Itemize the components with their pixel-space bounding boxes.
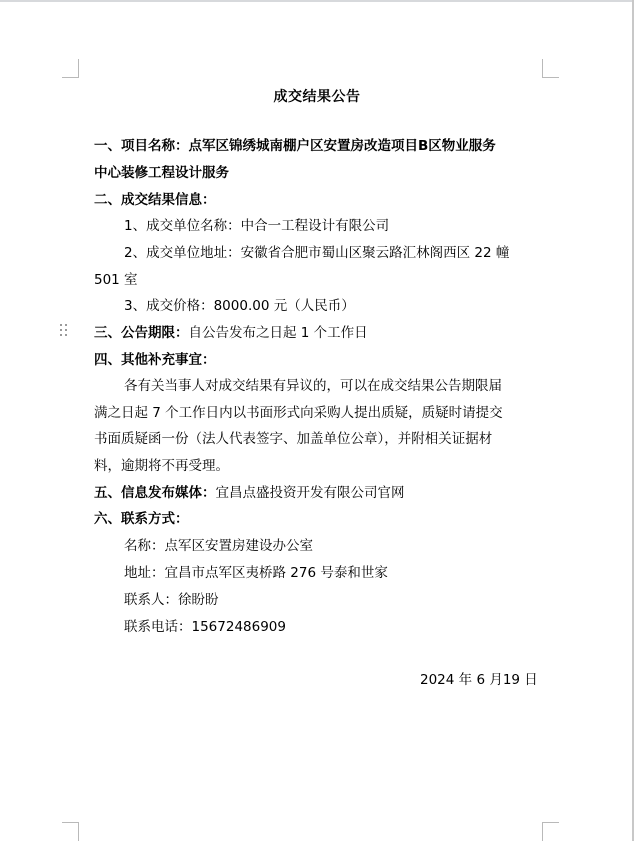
contact-person: 联系人：徐盼盼 (124, 591, 219, 609)
project-name-part-2: 中心装修工程设计服务 (94, 164, 229, 182)
supplement-line-3: 书面质疑函一份（法人代表签字、加盖单位公章），并附相关证据材 (94, 430, 492, 448)
project-name-part-1: 点军区锦绣城南棚户区安置房改造项目B区物业服务 (189, 138, 496, 154)
section-1-line-1: 一、项目名称：点军区锦绣城南棚户区安置房改造项目B区物业服务 (94, 137, 496, 155)
section-2-heading: 二、成交结果信息： (94, 191, 216, 209)
document-page[interactable]: 成交结果公告 一、项目名称：点军区锦绣城南棚户区安置房改造项目B区物业服务 中心… (0, 0, 634, 841)
section-3-heading: 三、公告期限： (94, 325, 189, 341)
winner-address-line-2: 501 室 (94, 271, 138, 289)
section-1-heading: 一、项目名称： (94, 138, 189, 154)
section-6-heading: 六、联系方式： (94, 510, 189, 528)
contact-phone: 联系电话：15672486909 (124, 618, 286, 636)
section-4-heading: 四、其他补充事宜： (94, 351, 216, 369)
supplement-line-1: 各有关当事人对成交结果有异议的，可以在成交结果公告期限届 (124, 377, 502, 395)
winner-address-line-1: 2、成交单位地址：安徽省合肥市蜀山区聚云路汇林阁西区 22 幢 (124, 244, 509, 262)
announcement-date: 2024 年 6 月19 日 (420, 671, 538, 689)
contact-name: 名称：点军区安置房建设办公室 (124, 537, 313, 555)
supplement-line-2: 满之日起 7 个工作日内以书面形式向采购人提出质疑，质疑时请提交 (94, 404, 503, 422)
document-title: 成交结果公告 (0, 86, 634, 106)
announcement-period: 自公告发布之日起 1 个工作日 (189, 325, 368, 341)
section-5-line: 五、信息发布媒体：宜昌点盛投资开发有限公司官网 (94, 484, 405, 502)
supplement-line-4: 料，逾期将不再受理。 (94, 457, 229, 475)
section-5-heading: 五、信息发布媒体： (94, 485, 216, 501)
contact-address: 地址：宜昌市点军区夷桥路 276 号泰和世家 (124, 564, 388, 582)
winner-price: 3、成交价格：8000.00 元（人民币） (124, 297, 355, 315)
winner-name: 1、成交单位名称：中合一工程设计有限公司 (124, 217, 389, 235)
section-3-line: 三、公告期限：自公告发布之日起 1 个工作日 (94, 324, 368, 342)
publication-media: 宜昌点盛投资开发有限公司官网 (216, 485, 405, 501)
